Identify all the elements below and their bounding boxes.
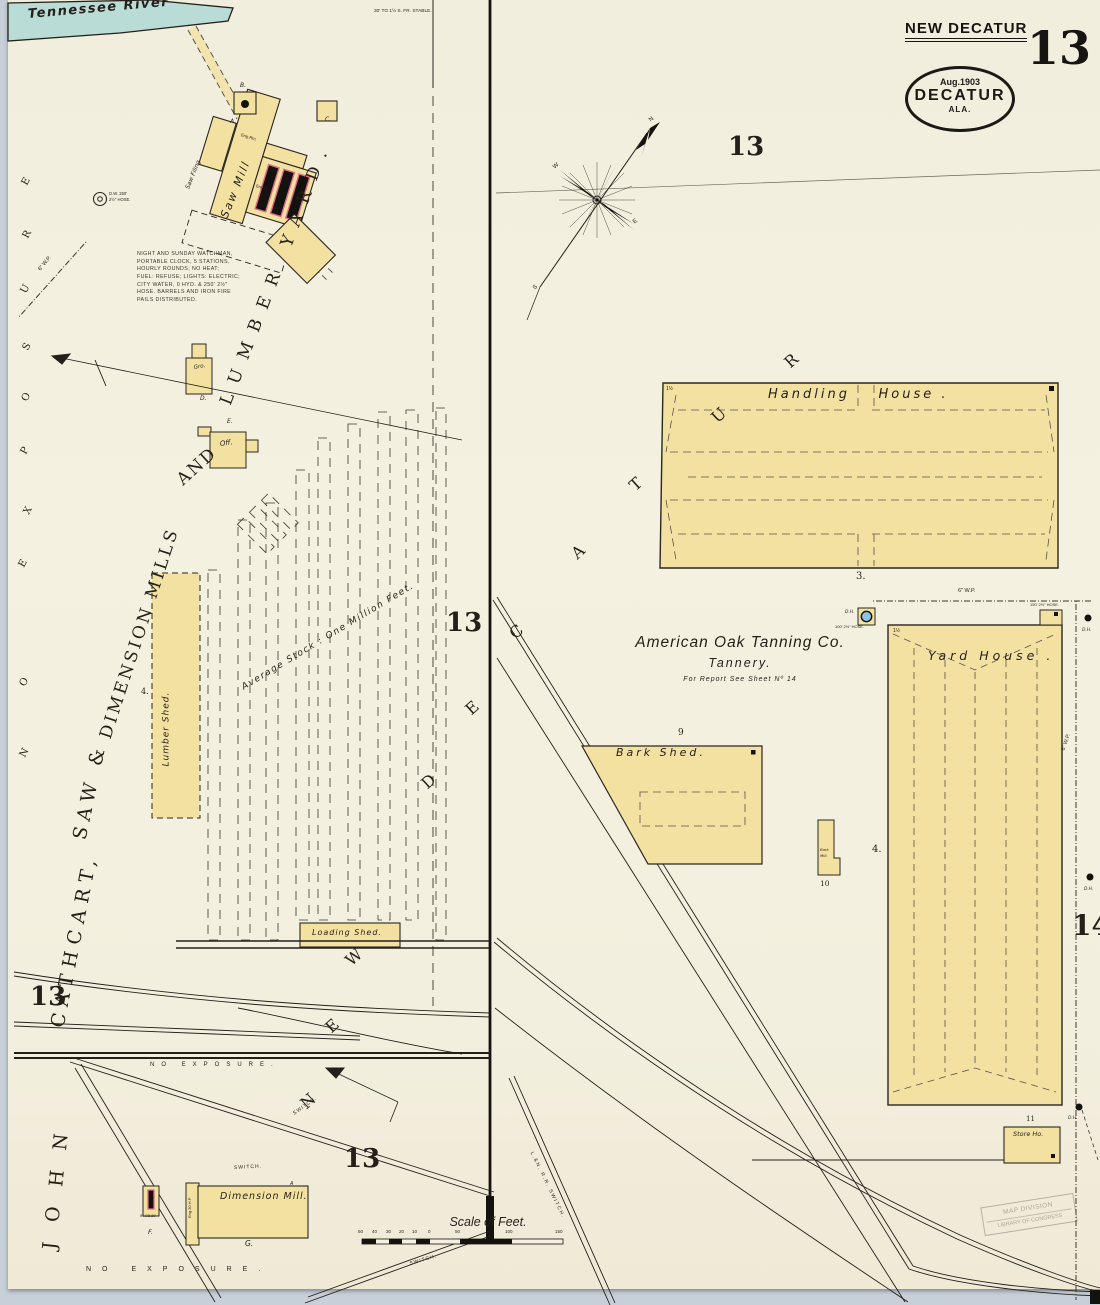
lumber-piles <box>208 408 446 940</box>
loading-shed-shape <box>300 923 400 947</box>
hydrant-dots <box>1076 615 1094 1111</box>
sheet-number: 13 <box>1027 25 1091 71</box>
scale-bar <box>362 1239 563 1244</box>
map-linework <box>0 0 1100 1305</box>
corner-mark <box>1090 1290 1100 1304</box>
saw-mill-arm <box>266 214 335 283</box>
watchman-notes: Night and Sunday Watchman,Portable Clock… <box>137 251 267 305</box>
dimension-mill-shape <box>186 1183 308 1245</box>
building-f-shape <box>143 1186 159 1216</box>
watchman-note-line: Hourly Rounds; No Heat; <box>137 266 267 274</box>
watchman-note-line: Portable Clock, 5 Stations, <box>137 259 267 267</box>
road-arrows <box>52 354 462 1122</box>
lumber-shed-shape <box>152 573 200 818</box>
watchman-note-line: Night and Sunday Watchman, <box>137 251 267 259</box>
compass-rose <box>527 122 660 320</box>
watchman-note-line: Pails Distributed. <box>137 297 267 305</box>
well-symbol <box>94 193 107 206</box>
bark-shed-shape <box>582 746 762 864</box>
city-title: NEW DECATUR <box>905 20 1027 42</box>
compass-needle-head <box>636 122 660 158</box>
watchman-note-line: Fuel: Refuse; Lights: Electric; <box>137 274 267 282</box>
bark-mill-shape <box>818 820 840 875</box>
stamp-date: Aug.1903 <box>908 77 1012 87</box>
building-c <box>317 101 337 121</box>
tannery-subtitle: Tannery. <box>620 656 860 670</box>
publisher-stamp: Aug.1903 DECATUR ALA. <box>905 66 1015 132</box>
scale-title: Scale of Feet. <box>398 1215 578 1229</box>
water-tank <box>858 608 875 625</box>
watchman-note-line: City Water, 0 Hyd. & 250' 2½" <box>137 282 267 290</box>
watchman-note-line: Hose. Barrels and Iron Fire <box>137 289 267 297</box>
left-rail-lines <box>14 941 494 1303</box>
store-house-shape <box>1004 1127 1060 1163</box>
stamp-city: DECATUR <box>908 87 1012 105</box>
tannery-name: American Oak Tanning Co. <box>620 634 860 652</box>
tannery-report-note: For Report See Sheet Nº 14 <box>620 676 860 683</box>
tannery-title-block: American Oak Tanning Co. Tannery. For Re… <box>620 634 860 683</box>
handling-house-shape <box>660 383 1058 568</box>
stamp-state: ALA. <box>908 105 1012 114</box>
office-building <box>198 427 258 468</box>
yard-house-shape <box>888 610 1062 1105</box>
scanned-map-backdrop: NEW DECATUR 13 Aug.1903 DECATUR ALA. Ame… <box>0 0 1100 1305</box>
sheet-header: NEW DECATUR 13 <box>905 20 1095 42</box>
